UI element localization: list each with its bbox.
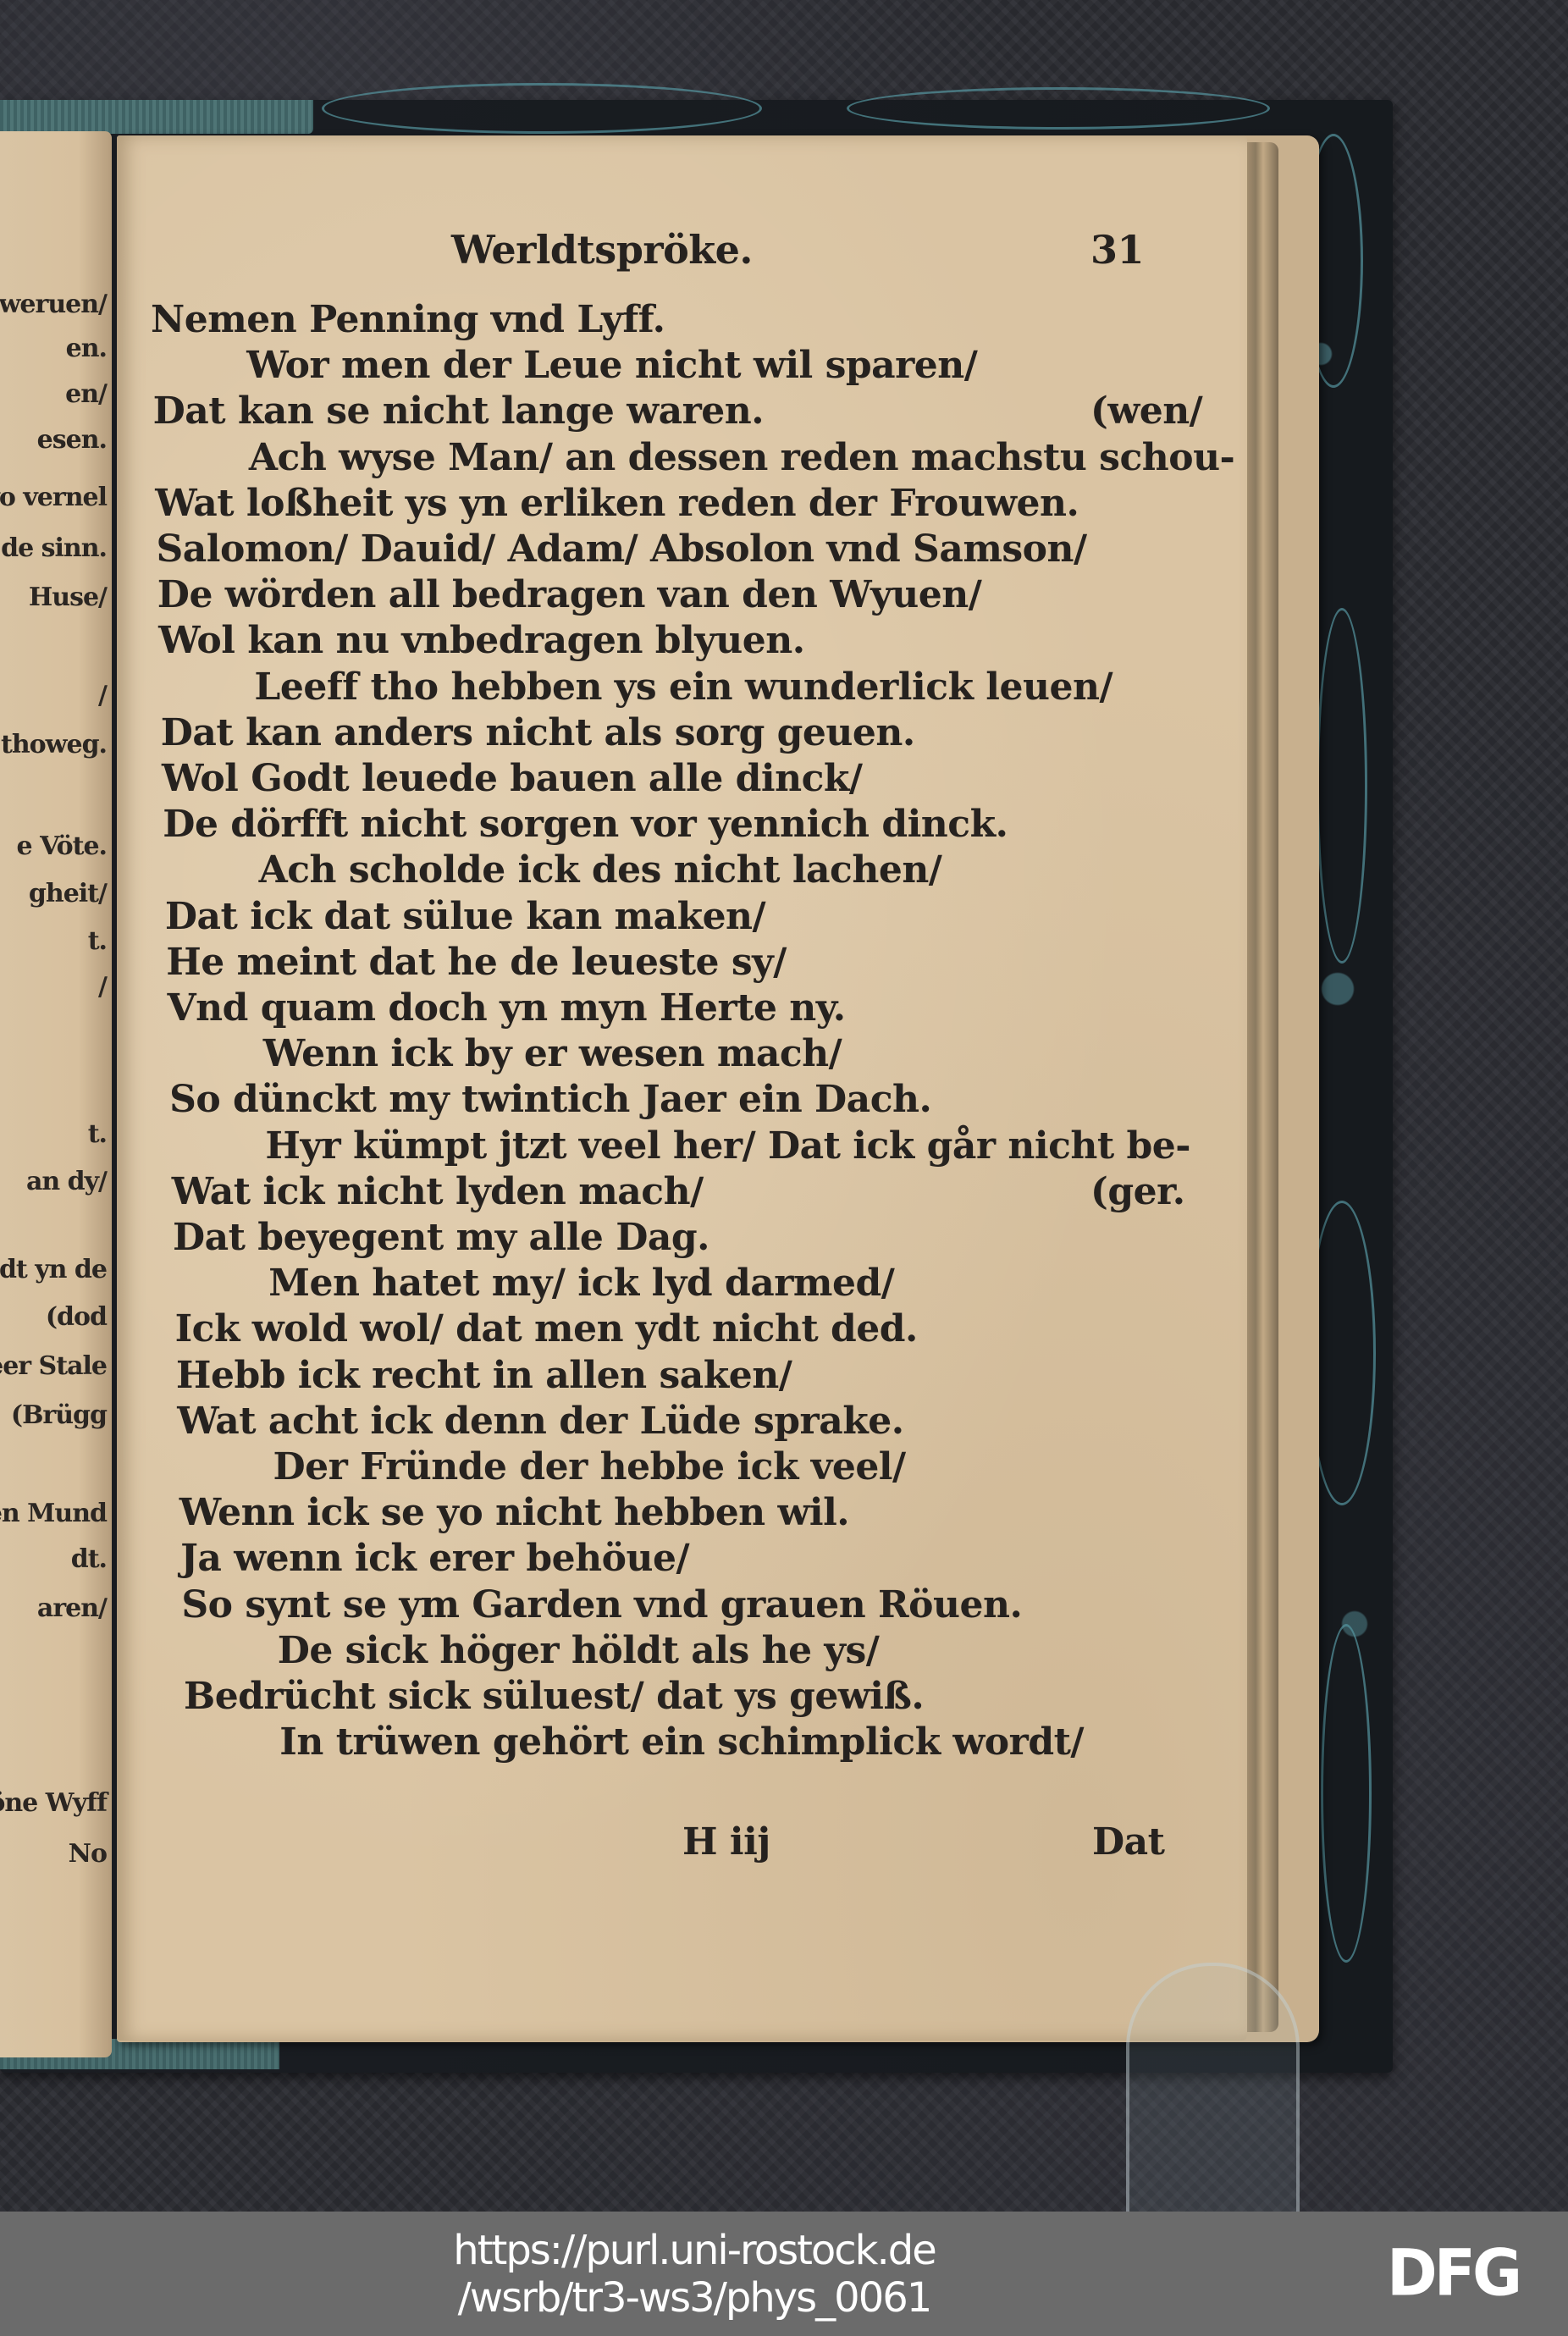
left-page-fragment: (Brügg	[11, 1400, 107, 1430]
folio-number: 31	[1090, 227, 1144, 273]
text-line: In trüwen gehört ein schimplick wordt/	[279, 1720, 1084, 1764]
text-line: Leeff tho hebben ys ein wunderlick leuen…	[254, 665, 1113, 709]
left-page-fragment: wo vernel	[0, 483, 107, 512]
plastic-page-clip	[1126, 1963, 1300, 2217]
left-page-fragment: my de sinn.	[0, 533, 107, 563]
text-line: Dat ick dat sülue kan maken/	[165, 895, 765, 938]
left-page-fragment: t.	[88, 926, 107, 956]
url-line-2[interactable]: /wsrb/tr3-ws3/phys_0061	[0, 2274, 1389, 2322]
right-page: Werldtspröke. 31 Nemen Penning vnd Lyff.…	[117, 135, 1247, 2041]
text-line: De sick höger höldt als he ys/	[278, 1629, 880, 1672]
text-line: He meint dat he de leueste sy/	[166, 941, 787, 984]
text-line: Bedrücht sick süluest/ dat ys gewiß.	[184, 1675, 924, 1718]
text-line: Wol kan nu vnbedragen blyuen.	[158, 619, 805, 662]
text-line: De dörfft nicht sorgen vor yennich dinck…	[163, 803, 1008, 846]
left-page-fragment: (dod	[46, 1302, 107, 1332]
left-page-fragment: t veer Stale	[0, 1351, 107, 1381]
left-page-fragment: weruen/	[0, 290, 107, 319]
left-page-fragment: e Vöte.	[17, 831, 107, 861]
text-line: So synt se ym Garden vnd grauen Röuen.	[181, 1583, 1022, 1626]
left-page-fragment: /	[98, 681, 107, 710]
left-page-fragment: fründt yn de	[0, 1255, 107, 1284]
text-line: Hyr kümpt jtzt veel her/ Dat ick går nic…	[265, 1124, 1190, 1168]
text-line: Ach scholde ick des nicht lachen/	[259, 848, 942, 892]
left-page-fragment: schen Mund	[0, 1499, 107, 1528]
left-page-fragment: thoweg.	[1, 730, 107, 759]
left-page-fragment: dt.	[71, 1544, 107, 1574]
footer-bar: https://purl.uni-rostock.de /wsrb/tr3-ws…	[0, 2212, 1568, 2336]
text-line: Wat ick nicht lyden mach/	[172, 1170, 704, 1213]
text-line: Men hatet my/ ick lyd darmed/	[268, 1262, 894, 1305]
left-page-fragment: Huse/	[29, 583, 107, 612]
text-line: Wat acht ick denn der Lüde sprake.	[177, 1400, 903, 1443]
left-page-fragment: chöne Wyff	[0, 1788, 107, 1818]
turnover-word: (ger.	[1090, 1170, 1185, 1213]
text-line: Vnd quam doch yn myn Herte ny.	[168, 986, 846, 1030]
text-line: Wol Godt leuede bauen alle dinck/	[162, 757, 862, 800]
text-line: Wenn ick se yo nicht hebben wil.	[179, 1491, 849, 1534]
headband	[0, 100, 313, 134]
text-line: Ja wenn ick erer behöue/	[180, 1537, 689, 1580]
text-line: Nemen Penning vnd Lyff.	[151, 298, 665, 341]
left-page-fragment: en.	[66, 334, 107, 363]
text-line: Wor men der Leue nicht wil sparen/	[246, 344, 977, 387]
text-line: Dat beyegent my alle Dag.	[173, 1216, 709, 1259]
marble-vein	[1317, 608, 1367, 964]
left-page-fragment: t.	[88, 1119, 107, 1149]
dfg-logo: DFG	[1387, 2242, 1548, 2302]
marble-vein	[322, 83, 762, 134]
text-line: Dat kan se nicht lange waren.	[153, 389, 765, 433]
text-line: Der Fründe der hebbe ick veel/	[273, 1445, 906, 1488]
text-line: Wat loßheit ys yn erliken reden der Frou…	[155, 482, 1079, 525]
turnover-word: (wen/	[1090, 389, 1202, 433]
left-page-fragment: /	[98, 972, 107, 1002]
text-line: Hebb ick recht in allen saken/	[176, 1354, 792, 1397]
text-line: So dünckt my twintich Jaer ein Dach.	[169, 1078, 931, 1121]
left-page-fragment: No	[69, 1839, 107, 1869]
text-line: De wörden all bedragen van den Wyuen/	[157, 573, 982, 616]
text-line: Ach wyse Man/ an dessen reden machstu sc…	[249, 436, 1234, 479]
left-page-fragment: aren/	[37, 1593, 107, 1623]
left-page: weruen/en.en/esen.wo vernelmy de sinn.Hu…	[0, 131, 112, 2057]
marble-vein	[847, 87, 1270, 130]
left-page-fragment: en/	[65, 379, 107, 409]
text-line: Wenn ick by er wesen mach/	[263, 1032, 842, 1075]
text-line: Salomon/ Dauid/ Adam/ Absolon vnd Samson…	[157, 527, 1087, 571]
signature-mark: H iij	[682, 1820, 770, 1864]
url-line-1[interactable]: https://purl.uni-rostock.de	[0, 2227, 1389, 2274]
running-head: Werldtspröke.	[451, 227, 753, 273]
marble-vein	[1321, 1624, 1372, 1963]
left-page-fragment: esen.	[37, 425, 107, 455]
left-page-fragment: an dy/	[26, 1167, 107, 1196]
text-line: Ick wold wol/ dat men ydt nicht ded.	[175, 1307, 918, 1350]
left-page-fragment: gheit/	[29, 879, 107, 908]
catchword: Dat	[1092, 1820, 1165, 1864]
text-line: Dat kan anders nicht als sorg geuen.	[161, 711, 915, 754]
